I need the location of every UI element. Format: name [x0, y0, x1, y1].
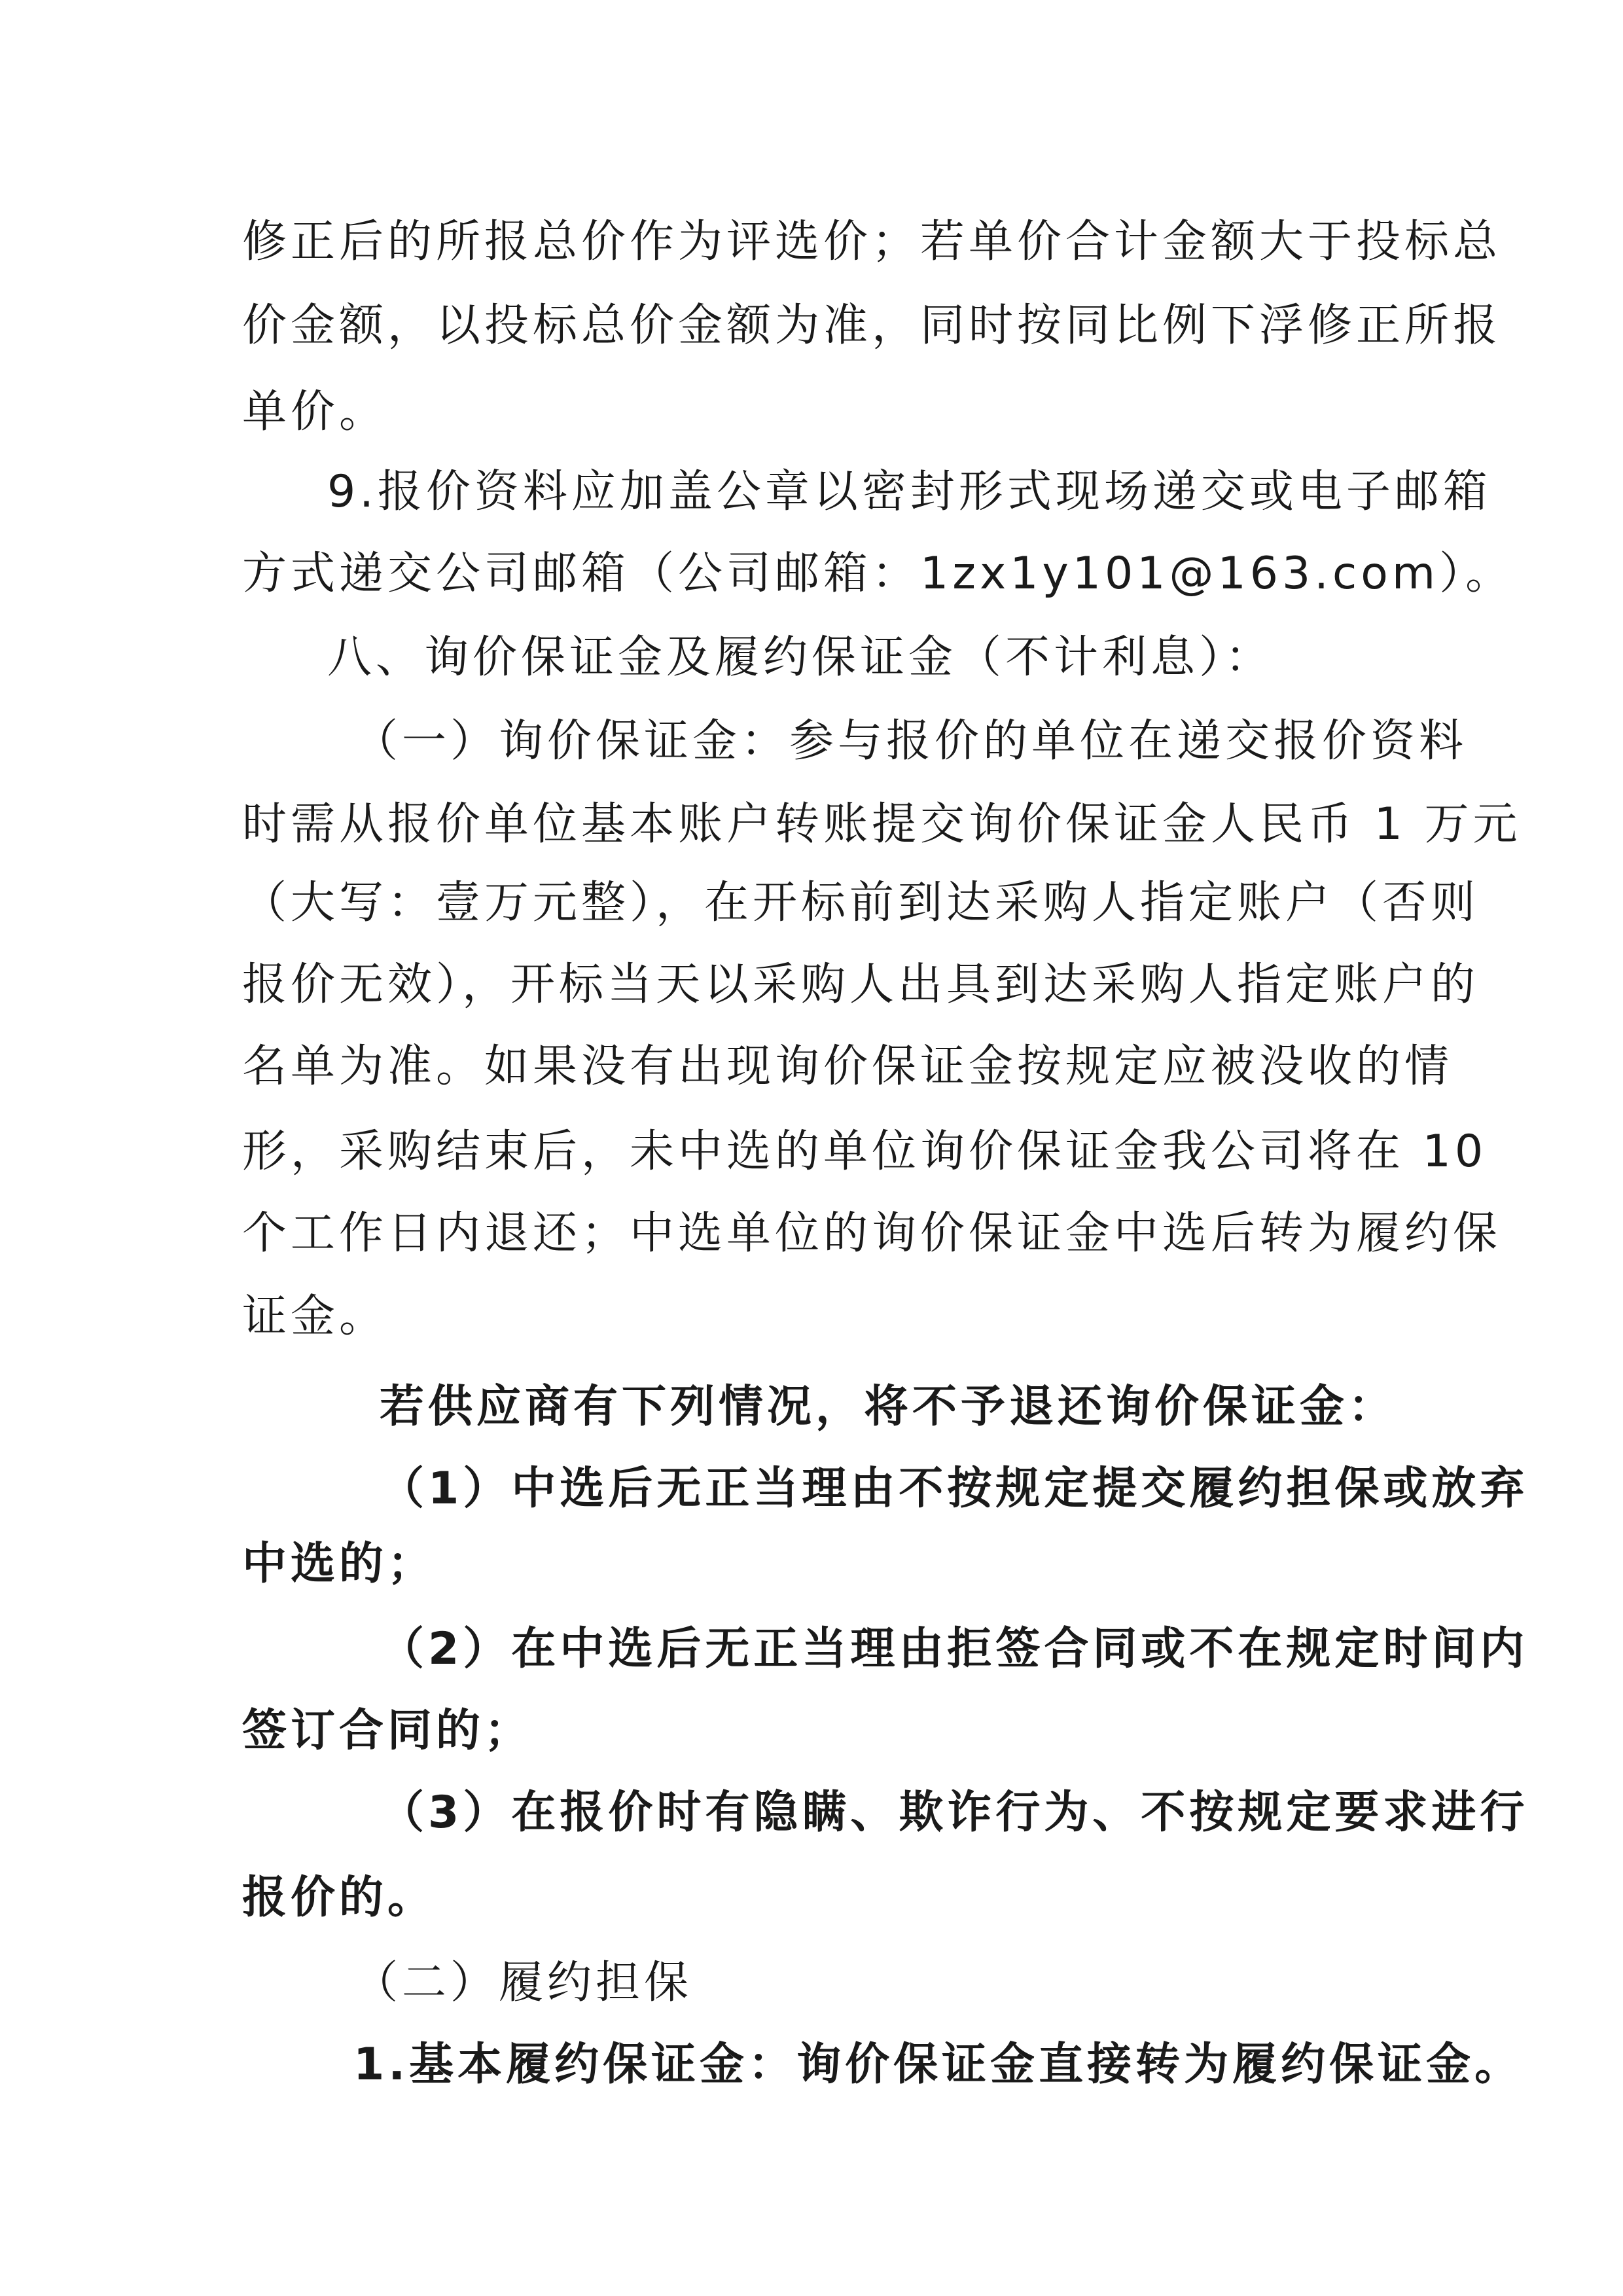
performance-deposit-item: 1.基本履约保证金：询价保证金直接转为履约保证金。: [353, 2036, 1368, 2094]
section-heading: 八、询价保证金及履约保证金（不计利息）：: [327, 628, 1368, 687]
subsection-line: 名单为准。如果没有出现询价保证金按规定应被没收的情: [242, 1037, 1368, 1096]
subsection-line: 证金。: [242, 1287, 1368, 1346]
paragraph-line: 修正后的所报总价作为评选价；若单价合计金额大于投标总: [242, 213, 1368, 272]
subsection-line: （大写：壹万元整），在开标前到达采购人指定账户（否则: [242, 874, 1368, 933]
forfeit-item-2: （2）在中选后无正当理由拒签合同或不在规定时间内: [380, 1620, 1368, 1679]
subsection-line: 时需从报价单位基本账户转账提交询价保证金人民币 1 万元: [242, 795, 1368, 854]
forfeit-item-3-cont: 报价的。: [242, 1869, 1368, 1928]
forfeit-item-1: （1）中选后无正当理由不按规定提交履约担保或放弃: [380, 1460, 1368, 1518]
paragraph-line: 价金额，以投标总价金额为准，同时按同比例下浮修正所报: [242, 296, 1368, 355]
item-9-line: 方式递交公司邮箱（公司邮箱：1zx1y101@163.com）。: [242, 545, 1368, 603]
subsection-line: 个工作日内退还；中选单位的询价保证金中选后转为履约保: [242, 1204, 1368, 1263]
forfeit-item-1-cont: 中选的；: [242, 1535, 1368, 1594]
paragraph-line: 单价。: [242, 383, 1368, 442]
forfeit-item-3: （3）在报价时有隐瞒、欺诈行为、不按规定要求进行: [380, 1784, 1368, 1842]
forfeit-intro: 若供应商有下列情况，将不予退还询价保证金：: [380, 1378, 1368, 1437]
document-page: 修正后的所报总价作为评选价；若单价合计金额大于投标总 价金额，以投标总价金额为准…: [0, 0, 1623, 2296]
subsection-line: 形，采购结束后，未中选的单位询价保证金我公司将在 10: [242, 1122, 1368, 1181]
subsection-line: 报价无效），开标当天以采购人出具到达采购人指定账户的: [242, 956, 1368, 1014]
forfeit-item-2-cont: 签订合同的；: [242, 1702, 1368, 1761]
subsection-heading: （二）履约担保: [353, 1954, 1368, 2013]
subsection-line: （一）询价保证金：参与报价的单位在递交报价资料: [353, 712, 1368, 771]
item-9-line: 9.报价资料应加盖公章以密封形式现场递交或电子邮箱: [327, 463, 1368, 522]
